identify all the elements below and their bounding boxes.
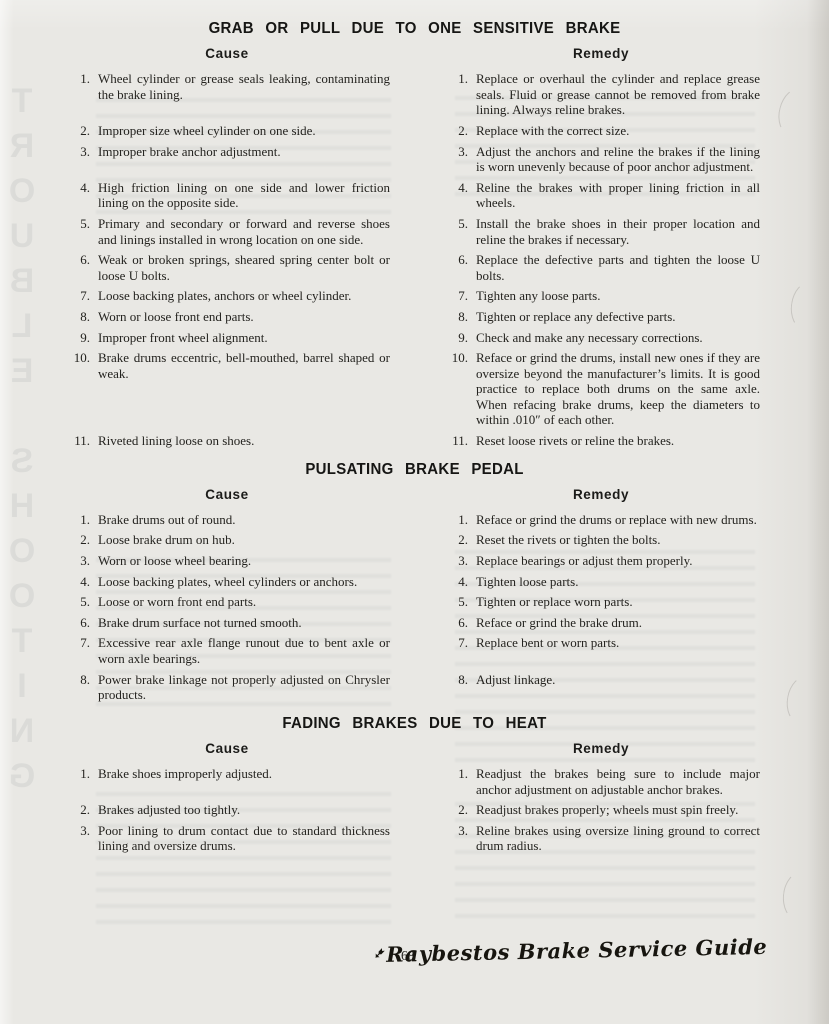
cause-item-number: 3. xyxy=(64,553,90,569)
cause-item-number: 10. xyxy=(64,350,90,366)
cause-item-number: 3. xyxy=(64,144,90,160)
remedy-text: Tighten or replace any defective parts. xyxy=(476,309,760,325)
cause-text: Loose backing plates, wheel cylinders or… xyxy=(98,574,390,590)
cause-text: Brake drums eccentric, bell-mouthed, bar… xyxy=(98,350,390,381)
remedy-item-number: 6. xyxy=(442,252,468,268)
remedy-text: Tighten or replace worn parts. xyxy=(476,594,760,610)
scanned-page: TROUBLE SHOOTING GRAB OR PULL DUE TO ONE… xyxy=(0,0,829,1024)
remedy-item: 5.Tighten or replace worn parts. xyxy=(442,594,760,610)
remedy-item-number: 2. xyxy=(442,532,468,548)
cause-item: 4.High friction lining on one side and l… xyxy=(64,180,390,211)
remedy-text: Reset loose rivets or reline the brakes. xyxy=(476,433,760,449)
cause-text: Loose brake drum on hub. xyxy=(98,532,390,548)
remedy-text: Adjust the anchors and reline the brakes… xyxy=(476,144,760,175)
remedy-item-number: 3. xyxy=(442,144,468,160)
cause-remedy-row: 2.Brakes adjusted too tightly.2.Readjust… xyxy=(0,802,829,818)
column-labels: CauseRemedy xyxy=(0,46,829,62)
column-labels: CauseRemedy xyxy=(0,741,829,757)
footer-brand-script: Raybestos Brake Service Guide xyxy=(372,934,767,967)
remedy-item: 7.Replace bent or worn parts. xyxy=(442,635,760,666)
cause-item-number: 2. xyxy=(64,532,90,548)
remedy-text: Replace or overhaul the cylinder and rep… xyxy=(476,71,760,118)
cause-remedy-row: 2.Loose brake drum on hub.2.Reset the ri… xyxy=(0,532,829,548)
remedy-item: 2.Replace with the correct size. xyxy=(442,123,760,139)
cause-item: 11.Riveted lining loose on shoes. xyxy=(64,433,390,449)
cause-item: 1.Brake shoes improperly adjusted. xyxy=(64,766,390,797)
remedy-text: Reline brakes using oversize lining grou… xyxy=(476,823,760,854)
remedy-item-number: 3. xyxy=(442,553,468,569)
cause-item-number: 9. xyxy=(64,330,90,346)
paper-crease-mark xyxy=(781,870,818,921)
cause-remedy-row: 1.Brake shoes improperly adjusted.1.Read… xyxy=(0,766,829,797)
cause-item: 10.Brake drums eccentric, bell-mouthed, … xyxy=(64,350,390,428)
page-footer: 68 Raybestos Brake Service Guide xyxy=(0,938,829,986)
remedy-item-number: 1. xyxy=(442,71,468,87)
cause-item-number: 1. xyxy=(64,71,90,87)
cause-item: 7.Loose backing plates, anchors or wheel… xyxy=(64,288,390,304)
cause-item-number: 6. xyxy=(64,252,90,268)
remedy-text: Tighten loose parts. xyxy=(476,574,760,590)
cause-item-number: 2. xyxy=(64,123,90,139)
cause-column-label: Cause xyxy=(64,46,390,62)
cause-item-number: 2. xyxy=(64,802,90,818)
cause-item: 4.Loose backing plates, wheel cylinders … xyxy=(64,574,390,590)
cause-text: Worn or loose wheel bearing. xyxy=(98,553,390,569)
cause-text: High friction lining on one side and low… xyxy=(98,180,390,211)
remedy-text: Install the brake shoes in their proper … xyxy=(476,216,760,247)
remedy-item: 1.Reface or grind the drums or replace w… xyxy=(442,512,760,528)
remedy-item: 8.Tighten or replace any defective parts… xyxy=(442,309,760,325)
cause-item-number: 7. xyxy=(64,288,90,304)
cause-text: Brakes adjusted too tightly. xyxy=(98,802,390,818)
cause-item-number: 11. xyxy=(64,433,90,449)
remedy-text: Readjust the brakes being sure to includ… xyxy=(476,766,760,797)
remedy-item-number: 1. xyxy=(442,512,468,528)
remedy-item-number: 2. xyxy=(442,123,468,139)
cause-item: 8.Power brake linkage not properly adjus… xyxy=(64,672,390,703)
remedy-item: 7.Tighten any loose parts. xyxy=(442,288,760,304)
cause-item-number: 6. xyxy=(64,615,90,631)
cause-item-number: 4. xyxy=(64,180,90,196)
remedy-item: 3.Adjust the anchors and reline the brak… xyxy=(442,144,760,175)
cause-remedy-row: 8.Power brake linkage not properly adjus… xyxy=(0,672,829,703)
cause-item: 2.Loose brake drum on hub. xyxy=(64,532,390,548)
cause-text: Worn or loose front end parts. xyxy=(98,309,390,325)
remedy-item-number: 10. xyxy=(442,350,468,366)
cause-item-number: 4. xyxy=(64,574,90,590)
cause-item-number: 8. xyxy=(64,309,90,325)
remedy-item: 3.Replace bearings or adjust them proper… xyxy=(442,553,760,569)
remedy-text: Reface or grind the brake drum. xyxy=(476,615,760,631)
remedy-item: 8.Adjust linkage. xyxy=(442,672,760,703)
troubleshooting-section: PULSATING BRAKE PEDALCauseRemedy1.Brake … xyxy=(0,461,829,703)
remedy-item-number: 5. xyxy=(442,216,468,232)
cause-remedy-row: 3.Poor lining to drum contact due to sta… xyxy=(0,823,829,854)
cause-text: Riveted lining loose on shoes. xyxy=(98,433,390,449)
troubleshooting-section: FADING BRAKES DUE TO HEATCauseRemedy1.Br… xyxy=(0,715,829,854)
remedy-text: Replace bearings or adjust them properly… xyxy=(476,553,760,569)
cause-text: Power brake linkage not properly adjuste… xyxy=(98,672,390,703)
remedy-text: Reface or grind the drums or replace wit… xyxy=(476,512,760,528)
cause-item-number: 3. xyxy=(64,823,90,839)
cause-remedy-row: 9.Improper front wheel alignment.9.Check… xyxy=(0,330,829,346)
cause-item: 5.Loose or worn front end parts. xyxy=(64,594,390,610)
remedy-item: 10.Reface or grind the drums, install ne… xyxy=(442,350,760,428)
remedy-item-number: 8. xyxy=(442,672,468,688)
remedy-item-number: 4. xyxy=(442,574,468,590)
cause-text: Brake shoes improperly adjusted. xyxy=(98,766,390,782)
cause-remedy-row: 7.Excessive rear axle flange runout due … xyxy=(0,635,829,666)
remedy-item-number: 5. xyxy=(442,594,468,610)
remedy-text: Replace bent or worn parts. xyxy=(476,635,760,651)
cause-text: Improper size wheel cylinder on one side… xyxy=(98,123,390,139)
cause-remedy-row: 7.Loose backing plates, anchors or wheel… xyxy=(0,288,829,304)
remedy-item-number: 11. xyxy=(442,433,468,449)
cause-item-number: 5. xyxy=(64,216,90,232)
cause-text: Excessive rear axle flange runout due to… xyxy=(98,635,390,666)
remedy-text: Reline the brakes with proper lining fri… xyxy=(476,180,760,211)
remedy-item-number: 8. xyxy=(442,309,468,325)
rows-container: 1.Wheel cylinder or grease seals leaking… xyxy=(0,71,829,448)
cause-column-label: Cause xyxy=(64,741,390,757)
cause-item: 2.Brakes adjusted too tightly. xyxy=(64,802,390,818)
column-labels: CauseRemedy xyxy=(0,487,829,503)
cause-item: 9.Improper front wheel alignment. xyxy=(64,330,390,346)
remedy-item: 4.Reline the brakes with proper lining f… xyxy=(442,180,760,211)
remedy-item: 1.Readjust the brakes being sure to incl… xyxy=(442,766,760,797)
remedy-item: 6.Reface or grind the brake drum. xyxy=(442,615,760,631)
remedy-item: 9.Check and make any necessary correctio… xyxy=(442,330,760,346)
troubleshooting-sections-container: GRAB OR PULL DUE TO ONE SENSITIVE BRAKEC… xyxy=(0,0,829,854)
cause-remedy-row: 6.Weak or broken springs, sheared spring… xyxy=(0,252,829,283)
cause-text: Primary and secondary or forward and rev… xyxy=(98,216,390,247)
rows-container: 1.Brake drums out of round.1.Reface or g… xyxy=(0,512,829,703)
cause-remedy-row: 8.Worn or loose front end parts.8.Tighte… xyxy=(0,309,829,325)
cause-remedy-row: 5.Loose or worn front end parts.5.Tighte… xyxy=(0,594,829,610)
remedy-text: Tighten any loose parts. xyxy=(476,288,760,304)
cause-item: 3.Worn or loose wheel bearing. xyxy=(64,553,390,569)
remedy-column-label: Remedy xyxy=(442,487,760,503)
remedy-text: Readjust brakes properly; wheels must sp… xyxy=(476,802,760,818)
cause-item: 5.Primary and secondary or forward and r… xyxy=(64,216,390,247)
remedy-item: 2.Reset the rivets or tighten the bolts. xyxy=(442,532,760,548)
cause-item: 3.Improper brake anchor adjustment. xyxy=(64,144,390,175)
cause-text: Brake drums out of round. xyxy=(98,512,390,528)
cause-remedy-row: 3.Improper brake anchor adjustment.3.Adj… xyxy=(0,144,829,175)
remedy-text: Adjust linkage. xyxy=(476,672,760,688)
remedy-item: 2.Readjust brakes properly; wheels must … xyxy=(442,802,760,818)
cause-remedy-row: 2.Improper size wheel cylinder on one si… xyxy=(0,123,829,139)
remedy-item-number: 9. xyxy=(442,330,468,346)
cause-item-number: 8. xyxy=(64,672,90,688)
remedy-item: 3.Reline brakes using oversize lining gr… xyxy=(442,823,760,854)
remedy-item-number: 7. xyxy=(442,288,468,304)
remedy-item-number: 6. xyxy=(442,615,468,631)
remedy-item: 11.Reset loose rivets or reline the brak… xyxy=(442,433,760,449)
cause-item: 7.Excessive rear axle flange runout due … xyxy=(64,635,390,666)
remedy-text: Check and make any necessary corrections… xyxy=(476,330,760,346)
remedy-item-number: 2. xyxy=(442,802,468,818)
remedy-item-number: 1. xyxy=(442,766,468,782)
troubleshooting-section: GRAB OR PULL DUE TO ONE SENSITIVE BRAKEC… xyxy=(0,20,829,449)
cause-text: Loose or worn front end parts. xyxy=(98,594,390,610)
cause-item: 3.Poor lining to drum contact due to sta… xyxy=(64,823,390,854)
rows-container: 1.Brake shoes improperly adjusted.1.Read… xyxy=(0,766,829,854)
cause-item-number: 1. xyxy=(64,766,90,782)
cause-item: 2.Improper size wheel cylinder on one si… xyxy=(64,123,390,139)
cause-item: 1.Wheel cylinder or grease seals leaking… xyxy=(64,71,390,118)
remedy-text: Reface or grind the drums, install new o… xyxy=(476,350,760,428)
cause-remedy-row: 4.Loose backing plates, wheel cylinders … xyxy=(0,574,829,590)
cause-text: Improper brake anchor adjustment. xyxy=(98,144,390,160)
cause-remedy-row: 1.Wheel cylinder or grease seals leaking… xyxy=(0,71,829,118)
cause-remedy-row: 5.Primary and secondary or forward and r… xyxy=(0,216,829,247)
remedy-item: 1.Replace or overhaul the cylinder and r… xyxy=(442,71,760,118)
remedy-text: Replace the defective parts and tighten … xyxy=(476,252,760,283)
cause-remedy-row: 6.Brake drum surface not turned smooth.6… xyxy=(0,615,829,631)
cause-item-number: 1. xyxy=(64,512,90,528)
cause-remedy-row: 1.Brake drums out of round.1.Reface or g… xyxy=(0,512,829,528)
remedy-text: Reset the rivets or tighten the bolts. xyxy=(476,532,760,548)
cause-column-label: Cause xyxy=(64,487,390,503)
cause-text: Wheel cylinder or grease seals leaking, … xyxy=(98,71,390,102)
remedy-column-label: Remedy xyxy=(442,741,760,757)
remedy-item-number: 4. xyxy=(442,180,468,196)
cause-remedy-row: 11.Riveted lining loose on shoes.11.Rese… xyxy=(0,433,829,449)
cause-remedy-row: 4.High friction lining on one side and l… xyxy=(0,180,829,211)
cause-text: Weak or broken springs, sheared spring c… xyxy=(98,252,390,283)
cause-item: 8.Worn or loose front end parts. xyxy=(64,309,390,325)
remedy-text: Replace with the correct size. xyxy=(476,123,760,139)
cause-text: Poor lining to drum contact due to stand… xyxy=(98,823,390,854)
section-title: FADING BRAKES DUE TO HEAT xyxy=(0,714,829,733)
section-title: GRAB OR PULL DUE TO ONE SENSITIVE BRAKE xyxy=(0,20,829,39)
cause-remedy-row: 10.Brake drums eccentric, bell-mouthed, … xyxy=(0,350,829,428)
cause-text: Improper front wheel alignment. xyxy=(98,330,390,346)
remedy-item: 4.Tighten loose parts. xyxy=(442,574,760,590)
remedy-item-number: 3. xyxy=(442,823,468,839)
cause-text: Loose backing plates, anchors or wheel c… xyxy=(98,288,390,304)
remedy-item-number: 7. xyxy=(442,635,468,651)
cause-item: 1.Brake drums out of round. xyxy=(64,512,390,528)
remedy-item: 5.Install the brake shoes in their prope… xyxy=(442,216,760,247)
cause-item: 6.Weak or broken springs, sheared spring… xyxy=(64,252,390,283)
section-title: PULSATING BRAKE PEDAL xyxy=(0,460,829,479)
cause-item: 6.Brake drum surface not turned smooth. xyxy=(64,615,390,631)
cause-text: Brake drum surface not turned smooth. xyxy=(98,615,390,631)
cause-item-number: 5. xyxy=(64,594,90,610)
remedy-column-label: Remedy xyxy=(442,46,760,62)
remedy-item: 6.Replace the defective parts and tighte… xyxy=(442,252,760,283)
cause-remedy-row: 3.Worn or loose wheel bearing.3.Replace … xyxy=(0,553,829,569)
cause-item-number: 7. xyxy=(64,635,90,651)
